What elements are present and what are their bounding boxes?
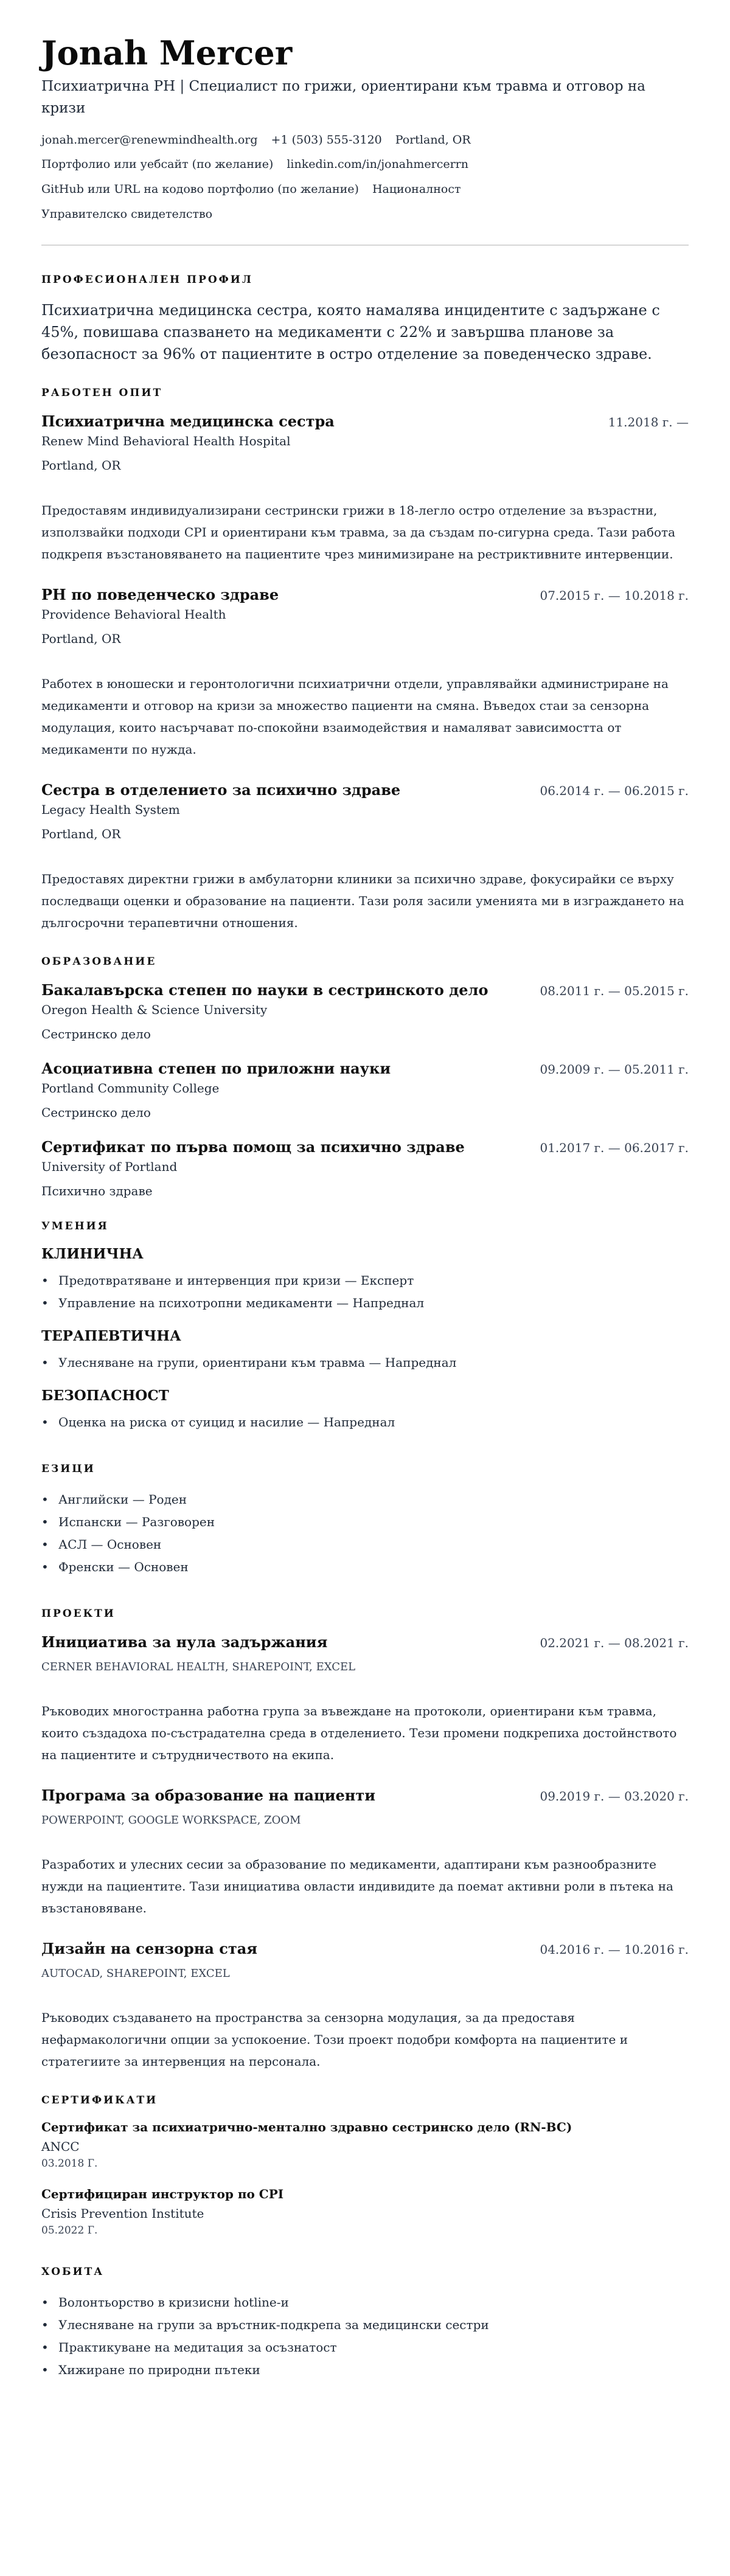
section-title-education: ОБРАЗОВАНИЕ <box>41 956 689 968</box>
projects-list: Инициатива за нула задържания02.2021 г. … <box>41 1633 689 2072</box>
education-section: ОБРАЗОВАНИЕ Бакалавърска степен по науки… <box>41 956 689 1198</box>
project-description: Ръководих създаването на пространства за… <box>41 2007 689 2072</box>
field-of-study: Сестринско дело <box>41 1105 689 1120</box>
project-description: Ръководих многостранна работна група за … <box>41 1700 689 1766</box>
experience-entry: Сестра в отделението за психично здраве0… <box>41 781 689 934</box>
section-title-skills: УМЕНИЯ <box>41 1220 689 1232</box>
job-location: Portland, OR <box>41 631 689 646</box>
contact-row: Управителско свидетелство <box>41 207 689 221</box>
entry-header: Бакалавърска степен по науки в сестринск… <box>41 981 689 999</box>
skill-item: Предотвратяване и интервенция при кризи … <box>41 1269 689 1292</box>
section-title-experience: РАБОТЕН ОПИТ <box>41 387 689 399</box>
project-entry: Инициатива за нула задържания02.2021 г. … <box>41 1633 689 1766</box>
entry-header: Сертификат по първа помощ за психично зд… <box>41 1138 689 1156</box>
contact-item: GitHub или URL на кодово портфолио (по ж… <box>41 182 359 196</box>
section-title-certifications: СЕРТИФИКАТИ <box>41 2094 689 2106</box>
contact-item: Portland, OR <box>395 133 471 147</box>
contact-link[interactable]: +1 (503) 555-3120 <box>271 133 382 147</box>
skills-list: КЛИНИЧНАПредотвратяване и интервенция пр… <box>41 1246 689 1434</box>
skill-group-title: ТЕРАПЕВТИЧНА <box>41 1328 689 1344</box>
hobby-item: Практикуване на медитация за осъзнатост <box>41 2336 689 2359</box>
certification-issuer: ANCC <box>41 2139 689 2154</box>
job-description: Предоставях директни грижи в амбулаторни… <box>41 868 689 934</box>
project-dates: 04.2016 г. — 10.2016 г. <box>540 1942 689 1957</box>
skill-list: Оценка на риска от суицид и насилие — На… <box>41 1411 689 1434</box>
certification-entry: Сертификат за психиатрично-ментално здра… <box>41 2120 689 2170</box>
contact-item: Портфолио или уебсайт (по желание) <box>41 158 273 171</box>
certification-issuer: Crisis Prevention Institute <box>41 2206 689 2221</box>
school-name: Portland Community College <box>41 1081 689 1095</box>
project-technologies: POWERPOINT, GOOGLE WORKSPACE, ZOOM <box>41 1814 689 1827</box>
profile-section: ПРОФЕСИОНАЛЕН ПРОФИЛ Психиатрична медици… <box>41 274 689 365</box>
section-title-hobbies: ХОБИТА <box>41 2266 689 2278</box>
resume-page: Jonah Mercer Психиатрична РН | Специалис… <box>0 0 730 2440</box>
languages-list: Английски — РоденИспански — РазговоренАС… <box>41 1488 689 1578</box>
section-title-projects: ПРОЕКТИ <box>41 1608 689 1620</box>
job-description: Предоставям индивидуализирани сестрински… <box>41 499 689 565</box>
hobby-item: Волонтьорство в кризисни hotline-и <box>41 2291 689 2314</box>
education-entry: Сертификат по първа помощ за психично зд… <box>41 1138 689 1198</box>
entry-header: Психиатрична медицинска сестра11.2018 г.… <box>41 412 689 430</box>
entry-header: Инициатива за нула задържания02.2021 г. … <box>41 1633 689 1651</box>
hobby-item: Хижиране по природни пътеки <box>41 2359 689 2381</box>
contact-link[interactable]: jonah.mercer@renewmindhealth.org <box>41 133 258 147</box>
contact-item: Управителско свидетелство <box>41 207 212 221</box>
education-list: Бакалавърска степен по науки в сестринск… <box>41 981 689 1198</box>
skill-group-title: КЛИНИЧНА <box>41 1246 689 1262</box>
school-name: Oregon Health & Science University <box>41 1002 689 1017</box>
projects-section: ПРОЕКТИ Инициатива за нула задържания02.… <box>41 1608 689 2072</box>
entry-header: Асоциативна степен по приложни науки09.2… <box>41 1060 689 1077</box>
education-dates: 01.2017 г. — 06.2017 г. <box>540 1140 689 1155</box>
entry-header: РН по поведенческо здраве07.2015 г. — 10… <box>41 586 689 603</box>
field-of-study: Психично здраве <box>41 1184 689 1198</box>
header-divider <box>41 245 689 246</box>
skill-item: Управление на психотропни медикаменти — … <box>41 1292 689 1314</box>
job-location: Portland, OR <box>41 827 689 841</box>
skill-group-title: БЕЗОПАСНОСТ <box>41 1387 689 1404</box>
employer-name: Legacy Health System <box>41 802 689 817</box>
experience-section: РАБОТЕН ОПИТ Психиатрична медицинска сес… <box>41 387 689 934</box>
job-description: Работех в юношески и геронтологични псих… <box>41 673 689 760</box>
education-dates: 08.2011 г. — 05.2015 г. <box>540 984 689 998</box>
project-technologies: CERNER BEHAVIORAL HEALTH, SHAREPOINT, EX… <box>41 1661 689 1673</box>
entry-header: Сестра в отделението за психично здраве0… <box>41 781 689 799</box>
degree-title: Бакалавърска степен по науки в сестринск… <box>41 981 488 999</box>
experience-list: Психиатрична медицинска сестра11.2018 г.… <box>41 412 689 934</box>
hobbies-list: Волонтьорство в кризисни hotline-иУлесня… <box>41 2291 689 2381</box>
certification-date: 03.2018 Г. <box>41 2158 689 2170</box>
entry-header: Дизайн на сензорна стая04.2016 г. — 10.2… <box>41 1940 689 1957</box>
project-technologies: AUTOCAD, SHAREPOINT, EXCEL <box>41 1967 689 1980</box>
hobbies-section: ХОБИТА Волонтьорство в кризисни hotline-… <box>41 2266 689 2381</box>
field-of-study: Сестринско дело <box>41 1027 689 1041</box>
contact-info: jonah.mercer@renewmindhealth.org+1 (503)… <box>41 133 689 221</box>
degree-title: Сертификат по първа помощ за психично зд… <box>41 1138 465 1156</box>
skill-item: Оценка на риска от суицид и насилие — На… <box>41 1411 689 1434</box>
project-dates: 09.2019 г. — 03.2020 г. <box>540 1789 689 1804</box>
languages-section: ЕЗИЦИ Английски — РоденИспански — Разгов… <box>41 1463 689 1578</box>
certification-date: 05.2022 Г. <box>41 2224 689 2237</box>
language-item: Френски — Основен <box>41 1556 689 1578</box>
contact-link[interactable]: linkedin.com/in/jonahmercerrn <box>287 158 468 171</box>
degree-title: Асоциативна степен по приложни науки <box>41 1060 391 1077</box>
contact-row: GitHub или URL на кодово портфолио (по ж… <box>41 182 689 196</box>
project-title: Дизайн на сензорна стая <box>41 1940 257 1957</box>
profile-summary: Психиатрична медицинска сестра, която на… <box>41 299 689 365</box>
experience-entry: РН по поведенческо здраве07.2015 г. — 10… <box>41 586 689 760</box>
entry-header: Програма за образование на пациенти09.20… <box>41 1786 689 1804</box>
employer-name: Renew Mind Behavioral Health Hospital <box>41 434 689 448</box>
candidate-headline: Психиатрична РН | Специалист по грижи, о… <box>41 76 689 119</box>
certification-entry: Сертифициран инструктор по CPICrisis Pre… <box>41 2187 689 2237</box>
contact-row: jonah.mercer@renewmindhealth.org+1 (503)… <box>41 133 689 147</box>
contact-item: Националност <box>372 182 461 196</box>
language-item: Английски — Роден <box>41 1488 689 1511</box>
language-item: Испански — Разговорен <box>41 1511 689 1533</box>
certifications-section: СЕРТИФИКАТИ Сертификат за психиатрично-м… <box>41 2094 689 2237</box>
section-title-languages: ЕЗИЦИ <box>41 1463 689 1475</box>
skills-section: УМЕНИЯ КЛИНИЧНАПредотвратяване и интерве… <box>41 1220 689 1434</box>
experience-entry: Психиатрична медицинска сестра11.2018 г.… <box>41 412 689 565</box>
hobby-item: Улесняване на групи за връстник-подкрепа… <box>41 2314 689 2336</box>
project-title: Програма за образование на пациенти <box>41 1786 375 1804</box>
school-name: University of Portland <box>41 1159 689 1174</box>
contact-row: Портфолио или уебсайт (по желание)linked… <box>41 158 689 172</box>
project-title: Инициатива за нула задържания <box>41 1633 327 1651</box>
language-item: АСЛ — Основен <box>41 1533 689 1556</box>
job-dates: 07.2015 г. — 10.2018 г. <box>540 588 689 603</box>
project-dates: 02.2021 г. — 08.2021 г. <box>540 1636 689 1650</box>
job-dates: 11.2018 г. — <box>608 415 689 429</box>
certification-name: Сертифициран инструктор по CPI <box>41 2187 689 2201</box>
project-entry: Програма за образование на пациенти09.20… <box>41 1786 689 1919</box>
candidate-name: Jonah Mercer <box>41 35 689 71</box>
education-entry: Бакалавърска степен по науки в сестринск… <box>41 981 689 1041</box>
skill-list: Улесняване на групи, ориентирани към тра… <box>41 1352 689 1374</box>
certification-name: Сертификат за психиатрично-ментално здра… <box>41 2120 689 2134</box>
employer-name: Providence Behavioral Health <box>41 607 689 622</box>
section-title-profile: ПРОФЕСИОНАЛЕН ПРОФИЛ <box>41 274 689 286</box>
resume-header: Jonah Mercer Психиатрична РН | Специалис… <box>41 35 689 221</box>
project-description: Разработих и улесних сесии за образовани… <box>41 1853 689 1919</box>
job-title: Сестра в отделението за психично здраве <box>41 781 400 799</box>
skill-list: Предотвратяване и интервенция при кризи … <box>41 1269 689 1314</box>
education-dates: 09.2009 г. — 05.2011 г. <box>540 1062 689 1077</box>
job-title: Психиатрична медицинска сестра <box>41 412 335 430</box>
education-entry: Асоциативна степен по приложни науки09.2… <box>41 1060 689 1120</box>
job-location: Portland, OR <box>41 458 689 473</box>
project-entry: Дизайн на сензорна стая04.2016 г. — 10.2… <box>41 1940 689 2072</box>
job-title: РН по поведенческо здраве <box>41 586 279 603</box>
certifications-list: Сертификат за психиатрично-ментално здра… <box>41 2120 689 2237</box>
job-dates: 06.2014 г. — 06.2015 г. <box>540 783 689 798</box>
skill-item: Улесняване на групи, ориентирани към тра… <box>41 1352 689 1374</box>
